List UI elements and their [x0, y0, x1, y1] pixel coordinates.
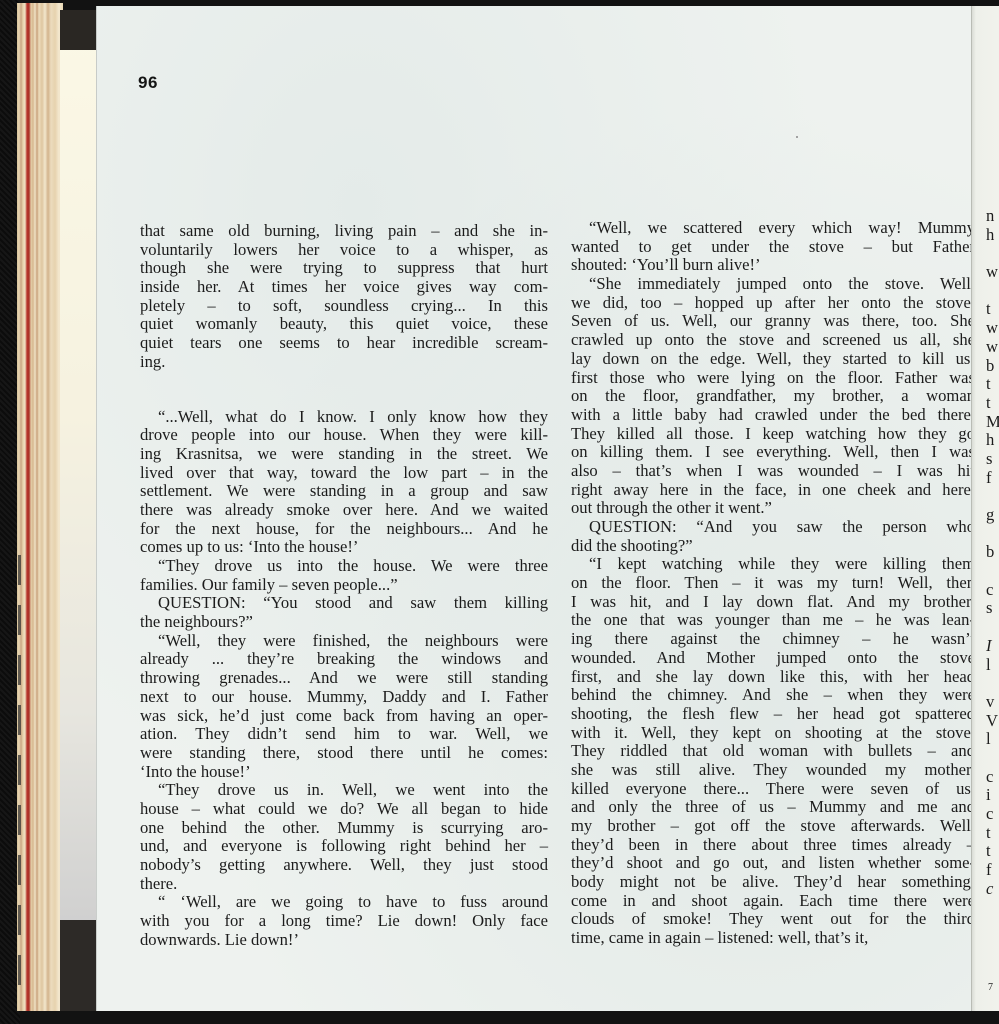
next-page-fragment-line: t: [986, 824, 999, 843]
text-line: QUESTION: “You stood and saw them killin…: [140, 594, 548, 613]
next-page-fragment-line: f: [986, 469, 999, 488]
text-line: they’d been in there about three times a…: [571, 836, 975, 855]
paper-speck: [796, 136, 798, 138]
text-line: settlement. We were standing in a group …: [140, 482, 548, 501]
next-page-edge: nh w twwbttMhsf g b cs Il vVl cicttfc 7: [971, 6, 999, 1011]
text-line: ing.: [140, 353, 548, 372]
next-page-fragment-line: [986, 487, 999, 506]
text-line: on the floor, grandfather, my brother, a…: [571, 387, 975, 406]
text-line: already ... they’re breaking the windows…: [140, 650, 548, 669]
text-line: “Well, they were finished, the neighbour…: [140, 632, 548, 651]
text-line: ‘Into the house!’: [140, 763, 548, 782]
text-line: killed everyone there... There were seve…: [571, 780, 975, 799]
text-line: the one that was younger than me – he wa…: [571, 611, 975, 630]
next-page-text-fragments: nh w twwbttMhsf g b cs Il vVl cicttfc: [986, 207, 999, 898]
page-edges-stack: [17, 3, 63, 1011]
text-line: on killing them. I see everything. Well,…: [571, 443, 975, 462]
text-line: ation. They didn’t send him to war. Well…: [140, 725, 548, 744]
next-page-fragment-line: g: [986, 506, 999, 525]
next-page-fragment-line: t: [986, 842, 999, 861]
text-line: ing there against the chimney – he wasn’…: [571, 630, 975, 649]
text-line: next to our house. Mummy, Daddy and I. F…: [140, 688, 548, 707]
text-line: for the next house, for the neighbours..…: [140, 520, 548, 539]
text-line: behind the chimney. And she – when they …: [571, 686, 975, 705]
text-line: lay down on the edge. Well, they started…: [571, 350, 975, 369]
next-page-fragment-line: c: [986, 880, 999, 899]
next-page-fragment-line: M: [986, 413, 999, 432]
text-line: I was hit, and I lay down flat. And my b…: [571, 593, 975, 612]
page-number: 96: [138, 73, 158, 93]
next-page-fragment-line: [986, 562, 999, 581]
inner-leaf-edge: [60, 10, 96, 1011]
text-line: did the shooting?”: [571, 537, 975, 556]
next-page-fragment-line: c: [986, 805, 999, 824]
next-page-fragment-line: w: [986, 319, 999, 338]
text-line: wounded. And Mother jumped onto the stov…: [571, 649, 975, 668]
text-line: families. Our family – seven people...”: [140, 576, 548, 595]
leaf-dark-block-top: [60, 10, 96, 50]
text-line: They killed all those. I keep watching h…: [571, 425, 975, 444]
next-page-fragment-line: w: [986, 263, 999, 282]
text-line: voluntarily lowers her voice to a whispe…: [140, 241, 548, 260]
next-page-fragment-line: l: [986, 730, 999, 749]
next-page-fragment-line: c: [986, 581, 999, 600]
text-line: body might not be alive. They’d hear som…: [571, 873, 975, 892]
next-page-fragment-line: I: [986, 637, 999, 656]
text-line: on the floor. Then – it was my turn! Wel…: [571, 574, 975, 593]
text-line: drove people into our house. When they w…: [140, 426, 548, 445]
text-line: nobody’s getting anywhere. Well, they ju…: [140, 856, 548, 875]
text-line: though she were trying to suppress that …: [140, 259, 548, 278]
left-text-column: that same old burning, living pain – and…: [140, 222, 548, 949]
right-text-column: “Well, we scattered every which way! Mum…: [571, 219, 975, 948]
text-line: “...Well, what do I know. I only know ho…: [140, 408, 548, 427]
text-line: “Well, we scattered every which way! Mum…: [571, 219, 975, 238]
text-line: inside her. At times her voice gives way…: [140, 278, 548, 297]
text-line: shooting, the flesh flew – her head got …: [571, 705, 975, 724]
text-line: there.: [140, 875, 548, 894]
text-line: my brother – got off the stove afterward…: [571, 817, 975, 836]
next-page-footer-fragment: 7: [988, 982, 993, 993]
text-line: quiet tears one seems to hear incredible…: [140, 334, 548, 353]
next-page-fragment-line: V: [986, 712, 999, 731]
next-page-fragment-line: [986, 674, 999, 693]
text-line: “They drove us into the house. We were t…: [140, 557, 548, 576]
text-line: was sick, he’d just come back from havin…: [140, 707, 548, 726]
text-line: “They drove us in. Well, we went into th…: [140, 781, 548, 800]
text-line: time, came in again – listened: well, th…: [571, 929, 975, 948]
next-page-fragment-line: [986, 525, 999, 544]
text-line: QUESTION: “And you saw the person who: [571, 518, 975, 537]
text-line: wanted to get under the stove – but Fath…: [571, 238, 975, 257]
next-page-fragment-line: v: [986, 693, 999, 712]
text-line: they’d shoot and go out, and listen whet…: [571, 854, 975, 873]
text-line: we did, too – hopped up after her onto t…: [571, 294, 975, 313]
text-line: Seven of us. Well, our granny was there,…: [571, 312, 975, 331]
next-page-fragment-line: n: [986, 207, 999, 226]
text-line: clouds of smoke! They went out for the t…: [571, 910, 975, 929]
text-line: the neighbours?”: [140, 613, 548, 632]
text-line: house – what could we do? We all began t…: [140, 800, 548, 819]
text-line: first, and she lay down like this, with …: [571, 668, 975, 687]
next-page-fragment-line: b: [986, 357, 999, 376]
text-line: ing Krasnitsa, we were standing in the s…: [140, 445, 548, 464]
next-page-fragment-line: w: [986, 338, 999, 357]
text-line: out through the other it went.”: [571, 499, 975, 518]
text-line: come in and shoot again. Each time there…: [571, 892, 975, 911]
page-edge-marks: [18, 555, 21, 995]
text-line: were standing there, stood there until h…: [140, 744, 548, 763]
text-line: pletely – to soft, soundless crying... I…: [140, 297, 548, 316]
next-page-fragment-line: [986, 244, 999, 263]
next-page-fragment-line: b: [986, 543, 999, 562]
text-line: [140, 372, 548, 408]
text-line: she was still alive. They wounded my mot…: [571, 761, 975, 780]
text-line: and only the three of us – Mummy and me …: [571, 798, 975, 817]
text-line: one behind the other. Mummy is scurrying…: [140, 819, 548, 838]
next-page-fragment-line: t: [986, 300, 999, 319]
next-page-fragment-line: h: [986, 431, 999, 450]
next-page-fragment-line: c: [986, 768, 999, 787]
next-page-fragment-line: [986, 749, 999, 768]
next-page-fragment-line: s: [986, 450, 999, 469]
text-line: “She immediately jumped onto the stove. …: [571, 275, 975, 294]
text-line: with you for a long time? Lie down! Only…: [140, 912, 548, 931]
text-line: comes up to us: ‘Into the house!’: [140, 538, 548, 557]
next-page-fragment-line: s: [986, 599, 999, 618]
text-line: also – that’s when I was wounded – I was…: [571, 462, 975, 481]
text-line: “ ‘Well, are we going to have to fuss ar…: [140, 893, 548, 912]
text-line: with it. Well, they kept on shooting at …: [571, 724, 975, 743]
next-page-fragment-line: i: [986, 786, 999, 805]
text-line: shouted: ‘You’ll burn alive!’: [571, 256, 975, 275]
text-line: quiet womanly beauty, this quiet voice, …: [140, 315, 548, 334]
next-page-fragment-line: [986, 282, 999, 301]
text-line: there was already smoke over here. And w…: [140, 501, 548, 520]
next-page-fragment-line: h: [986, 226, 999, 245]
text-line: und, and everyone is following right beh…: [140, 837, 548, 856]
text-line: lived over that way, toward the low part…: [140, 464, 548, 483]
text-line: with a little baby had crawled under the…: [571, 406, 975, 425]
text-line: throwing grenades... And we were still s…: [140, 669, 548, 688]
next-page-fragment-line: [986, 618, 999, 637]
text-line: “I kept watching while they were killing…: [571, 555, 975, 574]
text-line: right away here in the face, in one chee…: [571, 481, 975, 500]
leaf-dark-block-bottom: [60, 920, 96, 1011]
text-line: first those who were lying on the floor.…: [571, 369, 975, 388]
next-page-fragment-line: t: [986, 375, 999, 394]
text-line: They riddled that old woman with bullets…: [571, 742, 975, 761]
next-page-fragment-line: l: [986, 656, 999, 675]
next-page-fragment-line: t: [986, 394, 999, 413]
text-line: crawled up onto the stove and screened u…: [571, 331, 975, 350]
next-page-fragment-line: f: [986, 861, 999, 880]
text-line: that same old burning, living pain – and…: [140, 222, 548, 241]
text-line: downwards. Lie down!’: [140, 931, 548, 950]
